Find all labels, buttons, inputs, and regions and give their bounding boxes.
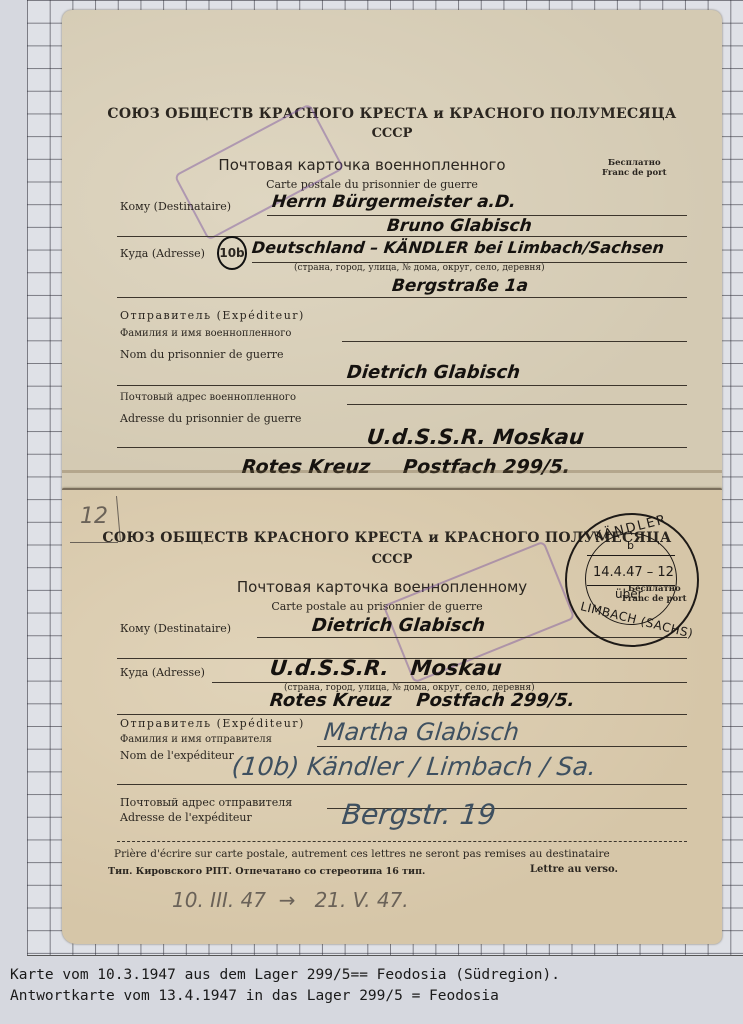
sender-name-label-fr: Nom du prisonnier de guerre [120, 348, 284, 361]
sender-name-label-ru: Фамилия и имя отправителя [120, 734, 272, 745]
sender-addr-label-fr: Adresse de l'expéditeur [120, 811, 252, 824]
franc-ru: Бесплатно [602, 158, 667, 168]
postmark-date: 14.4.47 – 12 [593, 565, 674, 580]
address-line2: Bergstraße 1a [391, 276, 529, 296]
address-label: Куда (Adresse) [120, 247, 205, 260]
sender-name-label-ru: Фамилия и имя военнопленного [120, 328, 291, 339]
sender-name-label-fr: Nom de l'expéditeur [120, 749, 234, 762]
sender-addr-label-ru: Почтовый адрес военнопленного [120, 392, 296, 403]
postmark-bar [587, 585, 675, 586]
sender-place: (10b) Kändler / Limbach / Sa. [230, 752, 597, 781]
postcard-from-prisoner: СОЮЗ ОБЩЕСТВ КРАСНОГО КРЕСТА и КРАСНОГО … [62, 10, 722, 490]
recipient-line1: Herrn Bürgermeister a.D. [271, 192, 517, 212]
page-number: 12 [80, 504, 108, 529]
prisoner-name: Dietrich Glabisch [346, 362, 521, 383]
postmark-bar [587, 555, 675, 556]
sender-addr-label-fr: Adresse du prisonnier de guerre [120, 412, 301, 425]
caption-line2: Antwortkarte vom 13.4.1947 in das Lager … [10, 986, 560, 1007]
franc-de-port: Бесплатно Franc de port [602, 158, 667, 178]
rule [117, 447, 687, 448]
rule [317, 746, 687, 747]
card-fold [62, 470, 722, 473]
to-label: Кому (Destinataire) [120, 622, 231, 635]
sender-label: Отправитель (Expéditeur) [120, 717, 305, 730]
recipient-name: Dietrich Glabisch [311, 615, 486, 636]
postal-zone-circle: 10b [217, 236, 247, 270]
address-hint: (страна, город, улица, № дома, округ, се… [294, 263, 545, 273]
postmark-kandler: KÄNDLER b 14.4.47 – 12 über LIMBACH (SAC… [565, 513, 699, 647]
sender-label: Отправитель (Expéditeur) [120, 309, 305, 322]
prisoner-address2: Rotes Kreuz Postfach 299/5. [241, 456, 571, 478]
pencil-dates: 10. III. 47 → 21. V. 47. [172, 888, 409, 912]
rule [347, 404, 687, 405]
card-header-sub: СССР [62, 126, 722, 141]
delivery-notice: Prière d'écrire sur carte postale, autre… [114, 848, 610, 860]
postmark-middle: über [615, 587, 643, 601]
censor-stamp [174, 103, 345, 241]
rule [117, 236, 687, 237]
card-header: СОЮЗ ОБЩЕСТВ КРАСНОГО КРЕСТА и КРАСНОГО … [62, 106, 722, 122]
franc-fr: Franc de port [602, 168, 667, 178]
card-title-fr: Carte postale du prisonnier de guerre [22, 178, 722, 191]
to-label: Кому (Destinataire) [120, 200, 231, 213]
prisoner-address1: U.d.S.S.R. Moskau [366, 425, 586, 449]
rule [117, 841, 687, 842]
recipient-line2: Bruno Glabisch [386, 216, 533, 236]
postmark-letter: b [627, 539, 634, 552]
rule [117, 297, 687, 298]
address-line1: U.d.S.S.R. Moskau [269, 656, 503, 680]
rule [117, 714, 687, 715]
caption: Karte vom 10.3.1947 aus dem Lager 299/5=… [10, 965, 560, 1007]
address-label: Куда (Adresse) [120, 666, 205, 679]
caption-line1: Karte vom 10.3.1947 aus dem Lager 299/5=… [10, 965, 560, 986]
sender-addr-label-ru: Почтовый адрес отправителя [120, 796, 292, 809]
rule [117, 385, 687, 386]
address-line2: Rotes Kreuz Postfach 299/5. [269, 690, 576, 711]
rule [117, 784, 687, 785]
rule [342, 341, 687, 342]
sender-name: Martha Glabisch [323, 718, 521, 746]
printer-imprint: Тип. Кировского РПТ. Отпечатано со стере… [108, 866, 425, 877]
lettre-au-verso: Lettre au verso. [530, 864, 618, 875]
address-line1: Deutschland – KÄNDLER bei Limbach/Sachse… [251, 238, 665, 257]
sender-street: Bergstr. 19 [340, 798, 497, 831]
